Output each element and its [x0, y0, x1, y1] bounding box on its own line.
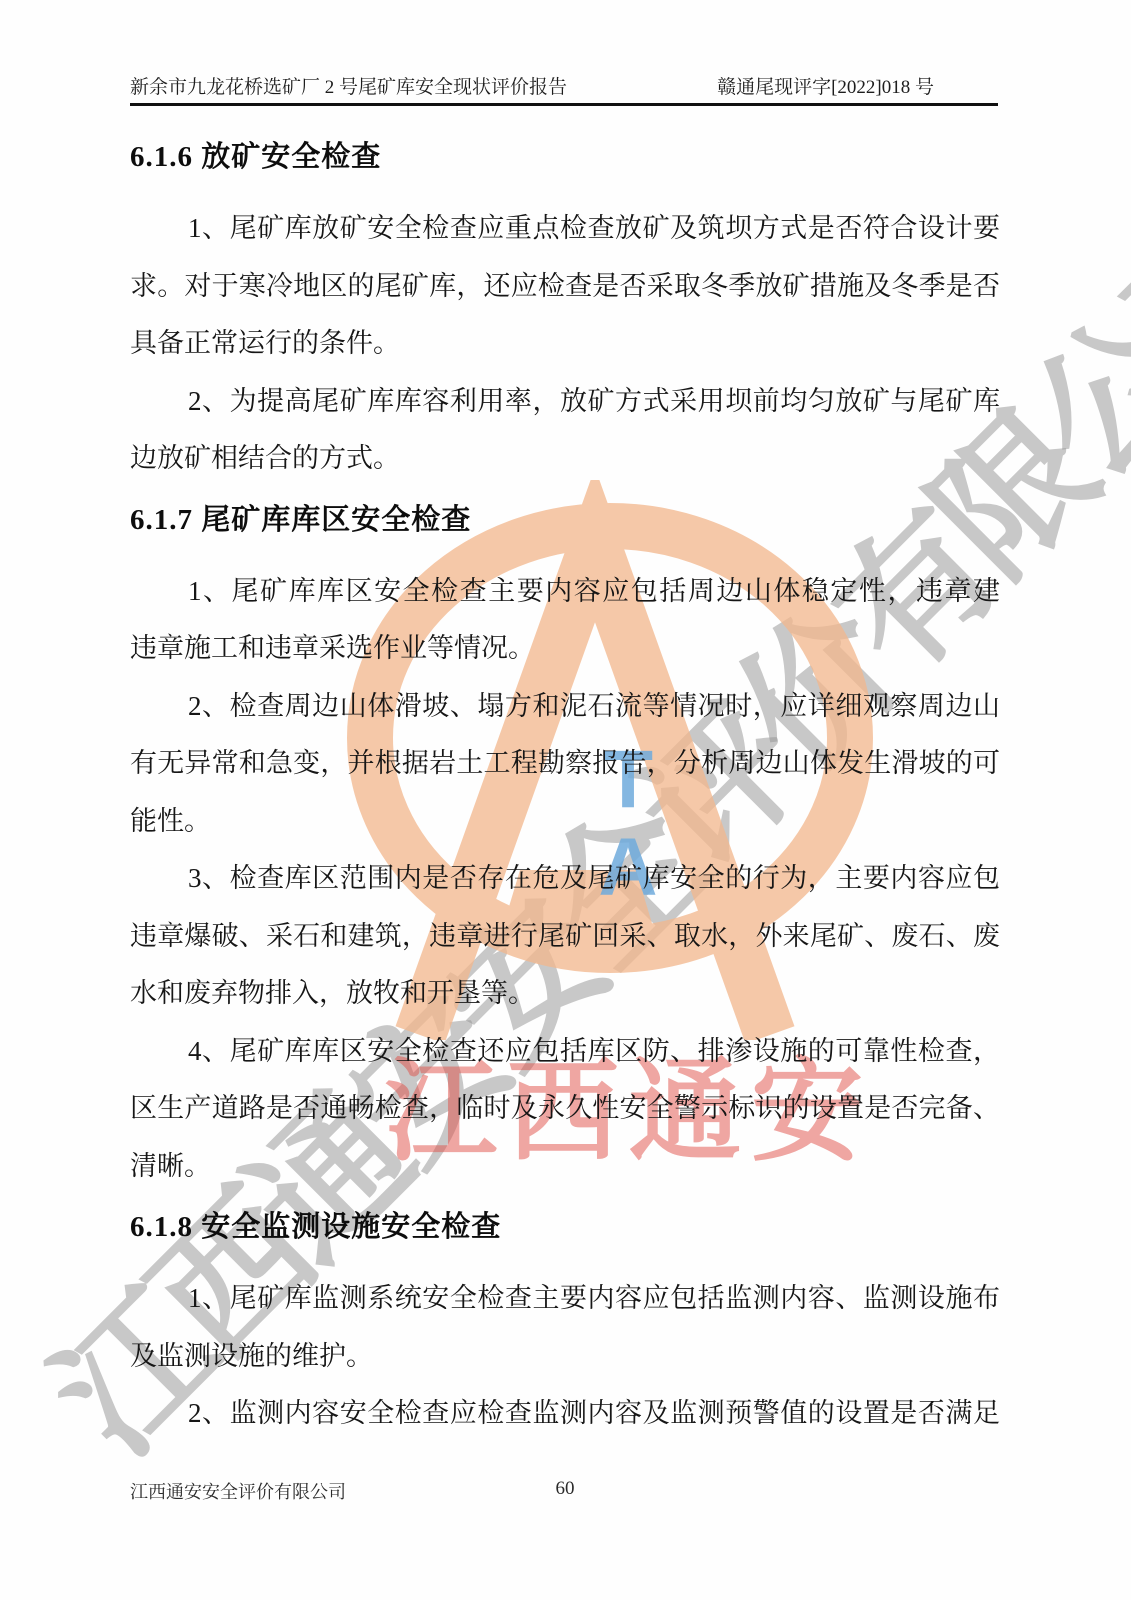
text-line: 具备正常运行的条件。	[130, 315, 1000, 373]
document-body: 6.1.6 放矿安全检查1、尾矿库放矿安全检查应重点检查放矿及筑坝方式是否符合设…	[130, 130, 1000, 1443]
text-line: 2、检查周边山体滑坡、塌方和泥石流等情况时，应详细观察周边山体	[130, 678, 1000, 736]
text-line: 3、检查库区范围内是否存在危及尾矿库安全的行为，主要内容应包括	[130, 850, 1000, 908]
text-line: 及监测设施的维护。	[130, 1328, 1000, 1386]
text-line: 求。对于寒冷地区的尾矿库，还应检查是否采取冬季放矿措施及冬季是否	[130, 258, 1000, 316]
text-line: 2、为提高尾矿库库容利用率，放矿方式采用坝前均匀放矿与尾矿库周	[130, 373, 1000, 431]
paragraph: 4、尾矿库库区安全检查还应包括库区防、排渗设施的可靠性检查，库区生产道路是否通畅…	[130, 1023, 1000, 1196]
page-number: 60	[130, 1478, 1000, 1500]
text-line: 违章爆破、采石和建筑，违章进行尾矿回采、取水，外来尾矿、废石、废	[130, 908, 1000, 966]
header-document-number: 赣通尾现评字[2022]018 号	[717, 72, 934, 99]
text-line: 2、监测内容安全检查应检查监测内容及监测预警值的设置是否满足设	[130, 1385, 1000, 1443]
text-line: 清晰。	[130, 1138, 1000, 1196]
text-line: 1、尾矿库监测系统安全检查主要内容应包括监测内容、监测设施布置	[130, 1270, 1000, 1328]
paragraph: 2、检查周边山体滑坡、塌方和泥石流等情况时，应详细观察周边山体有无异常和急变，并…	[130, 678, 1000, 851]
paragraph: 1、尾矿库监测系统安全检查主要内容应包括监测内容、监测设施布置及监测设施的维护。	[130, 1270, 1000, 1385]
section-heading: 6.1.7 尾矿库库区安全检查	[130, 493, 1000, 548]
header-rule	[130, 103, 998, 106]
text-line: 违章施工和违章采选作业等情况。	[130, 620, 1000, 678]
text-line: 区生产道路是否通畅检查，临时及永久性安全警示标识的设置是否完备、	[130, 1080, 1000, 1138]
page-header: 新余市九龙花桥选矿厂 2 号尾矿库安全现状评价报告 赣通尾现评字[2022]01…	[130, 72, 998, 99]
header-report-title: 新余市九龙花桥选矿厂 2 号尾矿库安全现状评价报告	[130, 72, 567, 99]
document-page: 江西通安安全评价有限公司 T A 江西通安 新余市九龙花桥选矿厂 2 号尾矿库安…	[0, 0, 1131, 1600]
paragraph: 2、为提高尾矿库库容利用率，放矿方式采用坝前均匀放矿与尾矿库周边放矿相结合的方式…	[130, 373, 1000, 488]
text-line: 1、尾矿库放矿安全检查应重点检查放矿及筑坝方式是否符合设计要	[130, 200, 1000, 258]
text-line: 4、尾矿库库区安全检查还应包括库区防、排渗设施的可靠性检查，库	[130, 1023, 1000, 1081]
text-line: 1、尾矿库库区安全检查主要内容应包括周边山体稳定性，违章建筑、	[130, 563, 1000, 621]
paragraph: 2、监测内容安全检查应检查监测内容及监测预警值的设置是否满足设	[130, 1385, 1000, 1443]
text-line: 能性。	[130, 793, 1000, 851]
page-footer: 江西通安安全评价有限公司 60	[130, 1478, 1000, 1504]
section-heading: 6.1.6 放矿安全检查	[130, 130, 1000, 185]
section-heading: 6.1.8 安全监测设施安全检查	[130, 1200, 1000, 1255]
text-line: 水和废弃物排入，放牧和开垦等。	[130, 965, 1000, 1023]
paragraph: 3、检查库区范围内是否存在危及尾矿库安全的行为，主要内容应包括违章爆破、采石和建…	[130, 850, 1000, 1023]
paragraph: 1、尾矿库库区安全检查主要内容应包括周边山体稳定性，违章建筑、违章施工和违章采选…	[130, 563, 1000, 678]
text-line: 边放矿相结合的方式。	[130, 430, 1000, 488]
paragraph: 1、尾矿库放矿安全检查应重点检查放矿及筑坝方式是否符合设计要求。对于寒冷地区的尾…	[130, 200, 1000, 373]
text-line: 有无异常和急变，并根据岩土工程勘察报告，分析周边山体发生滑坡的可	[130, 735, 1000, 793]
